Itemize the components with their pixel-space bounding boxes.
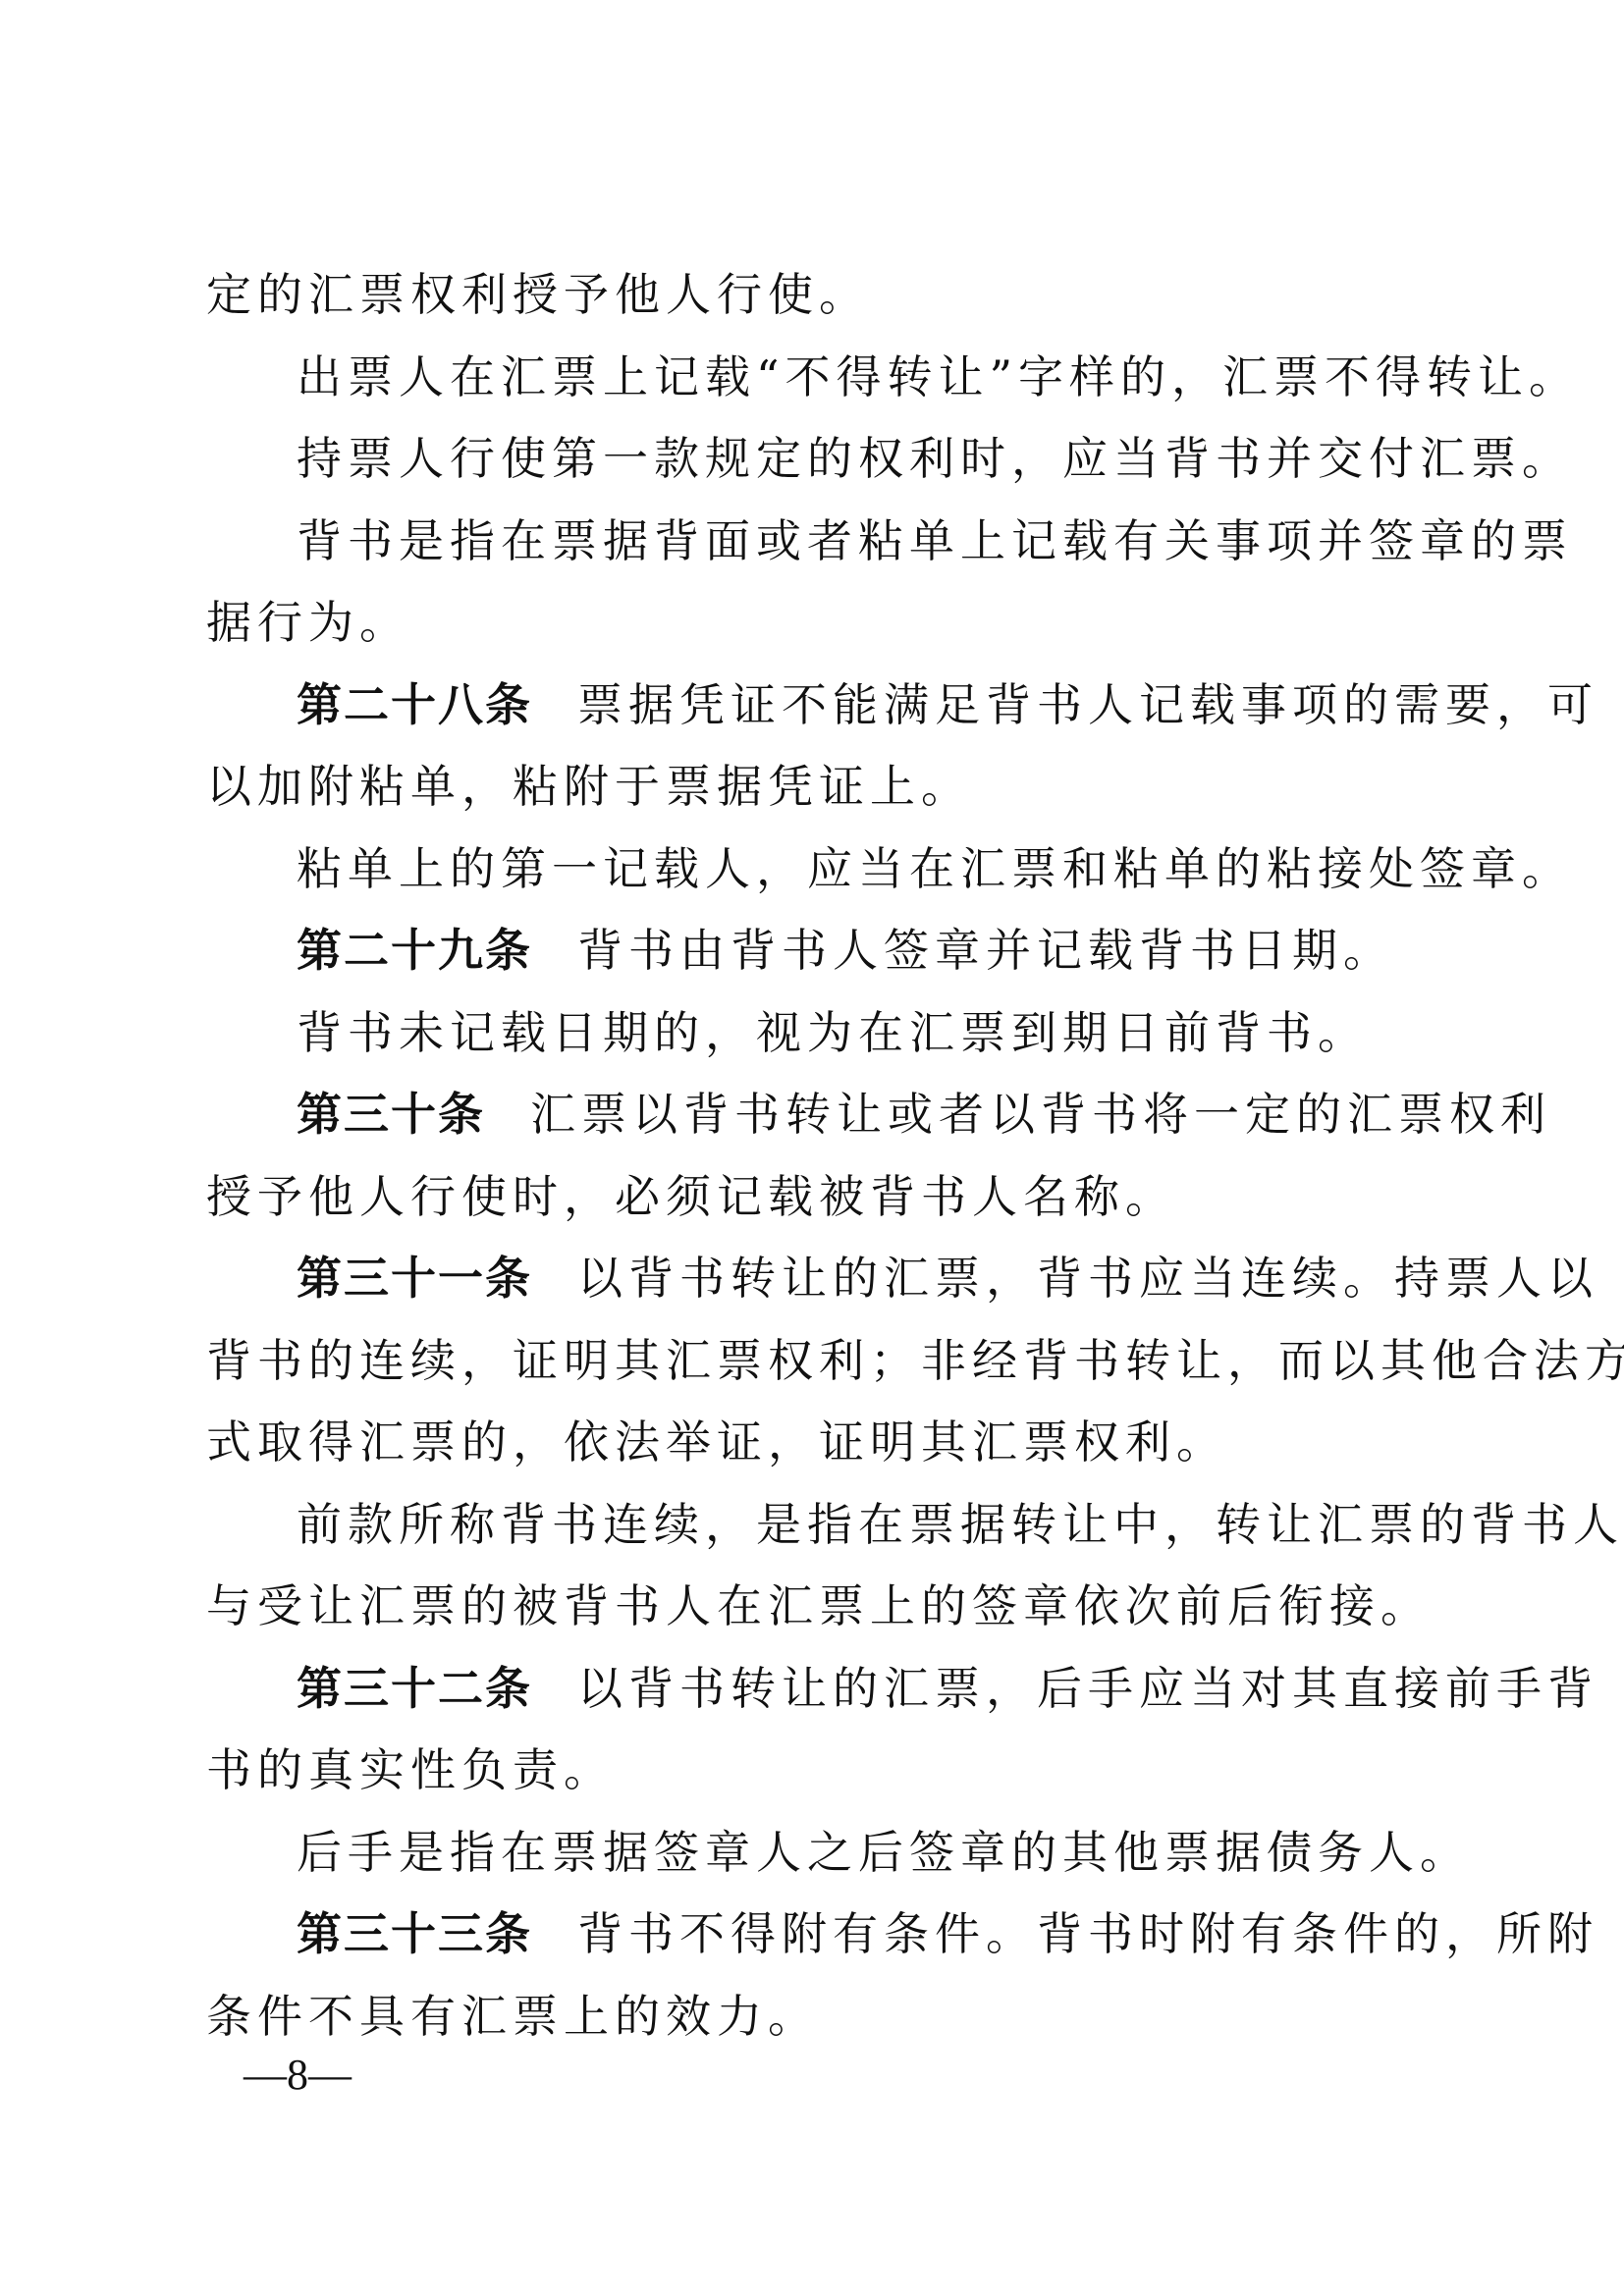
article-number: 第三十一条 xyxy=(297,1252,532,1305)
page-number: —8— xyxy=(244,2050,352,2100)
article-text: 以背书转让的汇票，后手应当对其直接前手背 xyxy=(577,1662,1598,1715)
article-number: 第三十条 xyxy=(297,1088,485,1141)
paragraph-line: 前款所称背书连续，是指在票据转让中，转让汇票的背书人 xyxy=(297,1495,1624,1554)
article-paragraph-line: 第三十条汇票以背书转让或者以背书将一定的汇票权利 xyxy=(297,1085,1551,1144)
paragraph-line: 出票人在汇票上记载“不得转让”字样的，汇票不得转让。 xyxy=(297,347,1580,406)
paragraph-line: 定的汇票权利授予他人行使。 xyxy=(206,265,870,324)
article-text: 票据凭证不能满足背书人记载事项的需要，可 xyxy=(577,678,1598,731)
article-paragraph-line: 第二十八条票据凭证不能满足背书人记载事项的需要，可 xyxy=(297,675,1598,734)
article-number: 第三十二条 xyxy=(297,1662,532,1715)
article-paragraph-line: 第三十三条背书不得附有条件。背书时附有条件的，所附 xyxy=(297,1904,1598,1963)
article-number: 第二十九条 xyxy=(297,924,532,977)
article-number: 第二十八条 xyxy=(297,678,532,731)
paragraph-line: 授予他人行使时，必须记载被背书人名称。 xyxy=(206,1167,1176,1226)
paragraph-line: 据行为。 xyxy=(206,593,410,652)
article-text: 背书不得附有条件。背书时附有条件的，所附 xyxy=(577,1907,1598,1960)
paragraph-line: 背书的连续，证明其汇票权利；非经背书转让，而以其他合法方 xyxy=(206,1331,1624,1390)
paragraph-line: 粘单上的第一记载人，应当在汇票和粘单的粘接处签章。 xyxy=(297,839,1573,898)
article-text: 汇票以背书转让或者以背书将一定的汇票权利 xyxy=(530,1088,1551,1141)
paragraph-line: 背书是指在票据背面或者粘单上记载有关事项并签章的票 xyxy=(297,511,1573,570)
paragraph-line: 条件不具有汇票上的效力。 xyxy=(206,1987,819,2046)
article-text: 背书由背书人签章并记载背书日期。 xyxy=(577,924,1394,977)
article-paragraph-line: 第二十九条背书由背书人签章并记载背书日期。 xyxy=(297,921,1394,980)
paragraph-line: 持票人行使第一款规定的权利时，应当背书并交付汇票。 xyxy=(297,429,1573,488)
paragraph-line: 与受让汇票的被背书人在汇票上的签章依次前后衔接。 xyxy=(206,1576,1432,1635)
paragraph-line: 背书未记载日期的，视为在汇票到期日前背书。 xyxy=(297,1003,1369,1062)
paragraph-line: 式取得汇票的，依法举证，证明其汇票权利。 xyxy=(206,1413,1227,1471)
paragraph-line: 后手是指在票据签章人之后签章的其他票据债务人。 xyxy=(297,1823,1471,1882)
article-paragraph-line: 第三十二条以背书转让的汇票，后手应当对其直接前手背 xyxy=(297,1659,1598,1718)
article-number: 第三十三条 xyxy=(297,1907,532,1960)
paragraph-line: 书的真实性负责。 xyxy=(206,1740,615,1799)
article-text: 以背书转让的汇票，背书应当连续。持票人以 xyxy=(577,1252,1598,1305)
paragraph-line: 以加附粘单，粘附于票据凭证上。 xyxy=(206,757,972,816)
article-paragraph-line: 第三十一条以背书转让的汇票，背书应当连续。持票人以 xyxy=(297,1249,1598,1308)
